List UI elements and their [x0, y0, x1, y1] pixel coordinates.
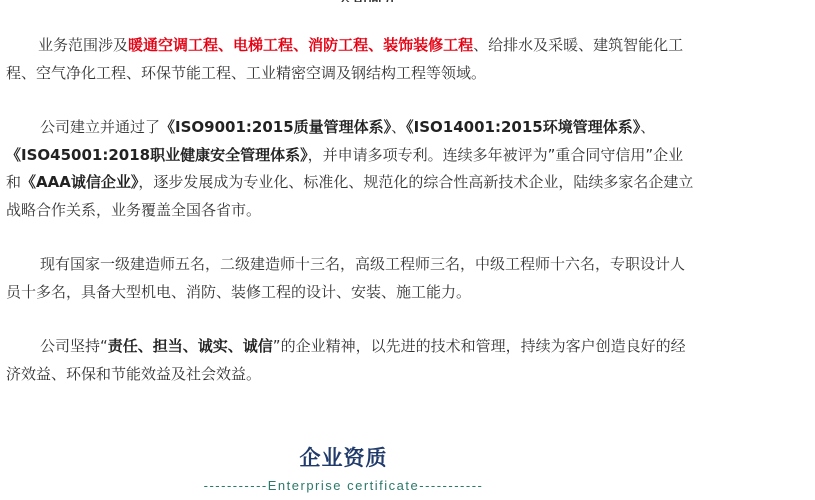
paragraph-spirit: 公司坚持“责任、担当、诚实、诚信”的企业精神，以先进的技术和管理，持续为客户创造…: [6, 333, 696, 388]
cert-iso45001: 《ISO45001:2018职业健康安全管理体系》: [6, 146, 308, 164]
section-title: 企业资质: [0, 442, 687, 472]
text: 现有国家一级建造师五名，二级建造师十三名，高级工程师三名，中级工程师十六名，专职…: [6, 255, 685, 301]
section-subtitle: -----------Enterprise certificate-------…: [0, 478, 687, 493]
sep: 、: [368, 36, 383, 54]
cropped-heading: 公司简介: [0, 0, 815, 2]
text: 业务范围涉及: [38, 36, 128, 54]
cropped-heading-text: 公司简介: [0, 0, 815, 2]
paragraph-business-scope: 业务范围涉及暖通空调工程、电梯工程、消防工程、装饰装修工程、给排水及采暖、建筑智…: [6, 32, 696, 87]
highlight-hvac: 暖通空调工程: [128, 36, 218, 54]
highlight-fire: 消防工程: [308, 36, 368, 54]
text: 、: [640, 118, 655, 136]
spirit-keywords: 责任、担当、诚实、诚信: [108, 337, 273, 355]
text: 公司坚持“: [40, 337, 108, 355]
sep: 、: [218, 36, 233, 54]
text: 公司建立并通过了: [40, 118, 160, 136]
highlight-elevator: 电梯工程: [233, 36, 293, 54]
company-intro-content: 业务范围涉及暖通空调工程、电梯工程、消防工程、装饰装修工程、给排水及采暖、建筑智…: [6, 32, 696, 415]
sep: 、: [293, 36, 308, 54]
text: 、: [391, 118, 406, 136]
paragraph-certifications: 公司建立并通过了《ISO9001:2015质量管理体系》、《ISO14001:2…: [6, 114, 696, 224]
cert-iso14001: 《ISO14001:2015环境管理体系》: [406, 118, 640, 136]
cert-aaa: 《AAA诚信企业》: [21, 173, 138, 191]
cert-iso9001: 《ISO9001:2015质量管理体系》: [160, 118, 391, 136]
highlight-decoration: 装饰装修工程: [383, 36, 473, 54]
paragraph-staff: 现有国家一级建造师五名，二级建造师十三名，高级工程师三名，中级工程师十六名，专职…: [6, 251, 696, 306]
